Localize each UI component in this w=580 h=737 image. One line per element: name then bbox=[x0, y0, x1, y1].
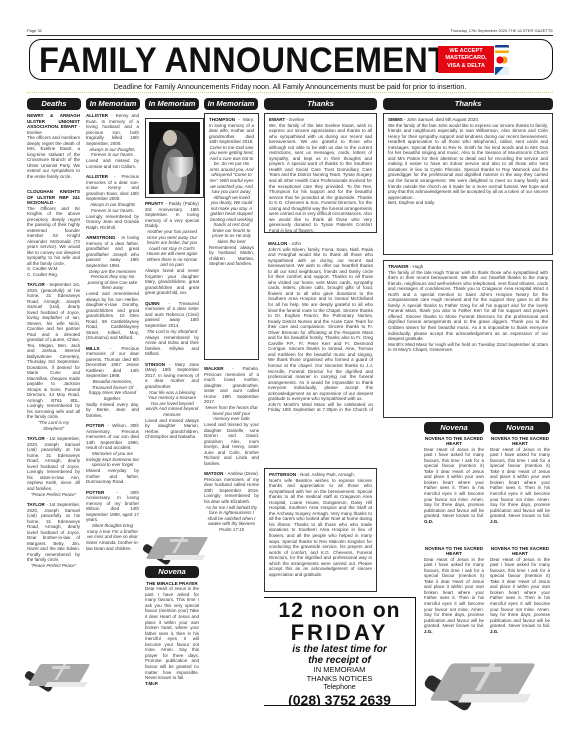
section-header-thanks: Thanks bbox=[264, 98, 377, 110]
section-header-deaths: Deaths bbox=[27, 98, 81, 110]
notice-name: WALKER bbox=[204, 366, 224, 371]
novena-body: Dear Heart of Jesus in the past I have a… bbox=[490, 447, 550, 519]
thanks-box-trainor: TRAINOR - Hugh The family of the late Hu… bbox=[383, 260, 553, 418]
notice-verse: Never from the hearts that loved you Wil… bbox=[204, 405, 259, 422]
notice-body: - Pamela. Precious memories of a much lo… bbox=[204, 366, 259, 404]
notice-name: STINSON bbox=[145, 362, 165, 367]
page-number: Page 32 bbox=[27, 27, 42, 35]
notice-signature: Always loved and never forgotten your da… bbox=[145, 268, 199, 296]
notice-entry: MILLS - Precious memories of our dear pa… bbox=[86, 346, 139, 419]
page-title: FAMILY ANNOUNCEMENTS bbox=[39, 43, 470, 79]
notice-body: - In loving memory of a dear father, gra… bbox=[86, 235, 139, 268]
deaths-column: NEWRY & ARMAGH ULSTER UNIONIST ASSOCIATI… bbox=[27, 113, 80, 713]
payment-badge-line: WE ACCEPT bbox=[438, 48, 494, 56]
notice-signature: Bert, Daphne and Sally. bbox=[388, 200, 548, 206]
notice-suffix: - John bbox=[287, 241, 301, 246]
notice-extra: John's Month's Mind Mass will be celebra… bbox=[268, 402, 373, 414]
notice-verse: Beautiful memories, Treasured forever Of… bbox=[86, 379, 139, 401]
notice-entry: STINSON - Mary Jane (May) 18th September… bbox=[145, 362, 199, 440]
notice-entry: POTTER - 30th Anniversary. In loving mem… bbox=[86, 490, 139, 552]
notice-body: We, the family of the late Eveline Ewart… bbox=[269, 123, 372, 233]
promo-line: is the latest time for bbox=[264, 644, 415, 655]
promo-line: THANKS NOTICES bbox=[264, 675, 415, 684]
notice-verse: Deep are the memories Precious they stay… bbox=[86, 269, 139, 291]
notice-verse: "Peace Perfect Peace" bbox=[27, 492, 80, 498]
page-header-bar: Page 32 Thursday, 17th September 2020-TH… bbox=[27, 27, 553, 36]
notice-name: SIMMS bbox=[388, 117, 403, 122]
notice-suffix: - Eveline bbox=[285, 117, 304, 122]
notice-entry: POTTER - Wilson. 30th Anniversary. Preci… bbox=[86, 423, 139, 485]
notice-body: - 30th Anniversary. In loving memory of … bbox=[86, 490, 139, 523]
notice-suffix: - Hugh bbox=[409, 264, 424, 269]
notice-suffix: - bbox=[53, 200, 56, 205]
notice-verse: Your life was a blessing Your memory a t… bbox=[145, 390, 199, 418]
section-header-novena: Novena bbox=[145, 566, 199, 578]
novena-sacred-heart: NOVENA TO THE SACRED HEART Dear Heart of… bbox=[490, 546, 550, 634]
novena-body: Dear Heart of Jesus in the past I have a… bbox=[424, 447, 484, 519]
bible-icon bbox=[430, 660, 580, 711]
section-header-novena: Novena bbox=[490, 422, 550, 434]
notice-name: ALLISTER bbox=[86, 174, 108, 179]
section-header-thanks: Thanks bbox=[383, 98, 553, 110]
notice-verse: Always in our thoughts. Forever in our h… bbox=[86, 147, 139, 158]
thanks-box-patterson: PATTERSON - Noel, Ashley Park, Armagh. N… bbox=[264, 468, 377, 592]
novena-initials: T.McP. bbox=[145, 681, 199, 687]
thanks-box-ewart: EWART - Eveline We, the family of the la… bbox=[264, 113, 377, 233]
novena-sacred-heart: NOVENA TO THE SACRED HEART Dear Heart of… bbox=[490, 436, 550, 524]
promo-phone: (028) 3752 2639 bbox=[264, 693, 415, 706]
notice-body: The family of the late Hugh Trainor wish… bbox=[388, 270, 548, 342]
memorial-photo bbox=[145, 118, 204, 198]
novena-miracle-prayer: THE MIRACLE PRAYER Dear Heart of Jesus i… bbox=[145, 581, 199, 686]
notice-name: POTTER bbox=[86, 490, 104, 495]
notice-signature: Missed everyday by mother and father, Du… bbox=[86, 468, 139, 485]
notice-body: - September 1st, 2020, (peacefully) at h… bbox=[27, 282, 80, 419]
section-header-novena: Novena bbox=[424, 422, 484, 434]
novena-sacred-heart: NOVENA TO THE SACRED HEART Dear Heart of… bbox=[424, 436, 484, 524]
notice-name: ARMSTRONG bbox=[86, 235, 116, 240]
in-memoriam-column-1: ALLISTER - Kenny and Euan. In memory of … bbox=[86, 113, 139, 653]
novena-body: Dear Heart of Jesus in the past I have a… bbox=[424, 557, 484, 629]
notice-name: TAYLOR bbox=[27, 502, 45, 507]
notice-verse: Memories of you are lovingly kept Someon… bbox=[86, 451, 139, 468]
payment-badge: WE ACCEPT MASTERCARD, VISA & DELTA bbox=[438, 46, 494, 73]
notice-name: POTTER bbox=[86, 423, 104, 428]
notice-name: MALLON bbox=[268, 241, 287, 246]
section-header-in-memoriam: In Memoriam bbox=[204, 98, 258, 110]
notice-verse: "Peace Perfect Peace" bbox=[27, 563, 80, 569]
promo-line: FRIDAY bbox=[264, 622, 415, 644]
in-memoriam-column-3: WALKER - Pamela. Precious memories of a … bbox=[204, 366, 259, 596]
notice-entry: PRUNTY - Paddy (Pabby) 3rd Anniversary, … bbox=[145, 201, 199, 296]
bible-icon bbox=[146, 535, 206, 565]
novena-body: Dear Heart of Jesus in the past I have a… bbox=[490, 557, 550, 629]
thanks-entry-mallon: MALLON - John John's wife Eileen, family… bbox=[264, 238, 377, 414]
section-header-in-memoriam: In Memoriam bbox=[145, 98, 199, 110]
notice-name: EWART bbox=[269, 117, 285, 122]
delta-card-icon bbox=[495, 67, 509, 75]
in-memoriam-column-2: PRUNTY - Paddy (Pabby) 3rd Anniversary, … bbox=[145, 201, 199, 551]
notice-body: - Andrew (Drew). Precious memories of my… bbox=[204, 471, 259, 504]
mastercard-icon bbox=[495, 56, 509, 64]
notice-entry: NEWRY & ARMAGH ULSTER UNIONIST ASSOCIATI… bbox=[27, 113, 80, 179]
notice-name: THOMPSON bbox=[209, 117, 235, 122]
notice-signature: Remembered always by husband Martin, chi… bbox=[209, 245, 254, 267]
notice-body: We the family of the late John would lik… bbox=[388, 123, 548, 201]
notice-name: PRUNTY bbox=[145, 201, 164, 206]
notice-verse: Come to me God saw you were getting tire… bbox=[209, 145, 254, 245]
dateline: Thursday, 17th September 2020-THE ULSTER… bbox=[450, 27, 553, 35]
notice-entry: TAYLOR - 1st September, 2020, Joseph Sam… bbox=[27, 436, 80, 497]
notice-signature: Loved and remembered always by his son H… bbox=[86, 291, 139, 341]
notice-extra: Month's Mind Mass for Hugh will be held … bbox=[388, 342, 548, 353]
notice-name: NEWRY & ARMAGH ULSTER UNIONIST ASSOCIATI… bbox=[27, 113, 80, 129]
memoriam-box-thompson: THOMPSON - Mary. In loving memory of a d… bbox=[204, 113, 259, 360]
notice-entry: WATSON - Andrew (Drew). Precious memorie… bbox=[204, 471, 259, 532]
notice-body: - Precious memories of our dear parents.… bbox=[86, 346, 139, 379]
novena-initials: G.D. bbox=[424, 519, 433, 524]
notice-signature: Loved and missed by your daughter Daniel… bbox=[204, 422, 259, 466]
novena-title: NOVENA TO THE SACRED HEART bbox=[424, 436, 484, 447]
notice-body: - 1st September, 2020, Joseph Samuel (Ua… bbox=[27, 436, 80, 491]
notice-verse: As for me I will behold thy face in righ… bbox=[204, 505, 259, 533]
notice-suffix: - John Samuel, died 6th August 2020. bbox=[403, 117, 479, 122]
notice-name: WATSON bbox=[204, 471, 223, 476]
notice-entry: CLOUGHAN KNIGHTS OF ULSTER RBP 241 McDON… bbox=[27, 189, 80, 277]
visa-card-icon bbox=[495, 45, 509, 53]
notice-name: QUINN bbox=[145, 301, 160, 306]
promo-line: 12 noon on bbox=[264, 600, 415, 622]
novena-initials: J.G. bbox=[424, 629, 433, 634]
payment-badge-line: MASTERCARD, bbox=[438, 55, 494, 63]
notice-name: TAYLOR bbox=[27, 436, 45, 441]
novena-initials: J.G. bbox=[490, 629, 499, 634]
notice-verse: Another year has passed since you went a… bbox=[145, 229, 199, 268]
notice-verse: "The Lord is my Shepherd" bbox=[27, 420, 80, 431]
novena-initials: J.G. bbox=[490, 519, 499, 524]
notice-name: ALLISTER bbox=[86, 113, 108, 118]
notice-signature: Lovingly remembered by Granny Jean and G… bbox=[86, 214, 139, 231]
notice-entry: ALLISTER - Kenny and Euan. In memory of … bbox=[86, 113, 139, 169]
novena-title: NOVENA TO THE SACRED HEART bbox=[490, 546, 550, 557]
notice-body: Noel's wife Beatrice wishes to express s… bbox=[269, 478, 372, 578]
novena-title: NOVENA TO THE SACRED HEART bbox=[490, 436, 550, 447]
notice-entry: ALLISTER - Precious memories of a dear s… bbox=[86, 174, 139, 230]
notice-signature: Always remembered by Annie and Edna and … bbox=[145, 335, 199, 357]
notice-entry: TAYLOR - 1st September, 2020, Joseph Sam… bbox=[27, 502, 80, 569]
novena-sacred-heart: NOVENA TO THE SACRED HEART Dear Heart of… bbox=[424, 546, 484, 634]
notice-signature: Loved and missed by Lorraine and son Cal… bbox=[86, 158, 139, 169]
novena-body: Dear Heart of Jesus in the past I have a… bbox=[145, 586, 199, 680]
notice-body: - Kenny and Euan. In memory of a loving … bbox=[86, 113, 139, 146]
deadline-promo-box: 12 noon on FRIDAY is the latest time for… bbox=[264, 597, 416, 706]
notice-name: TAYLOR bbox=[27, 282, 45, 287]
card-logos bbox=[494, 44, 510, 77]
thanks-box-simms: SIMMS - John Samuel, died 6th August 202… bbox=[383, 113, 553, 255]
section-header-in-memoriam: In Memoriam bbox=[86, 98, 140, 110]
notice-entry: WALKER - Pamela. Precious memories of a … bbox=[204, 366, 259, 466]
notice-entry: ARMSTRONG - In loving memory of a dear f… bbox=[86, 235, 139, 341]
masthead: FAMILY ANNOUNCEMENTS WE ACCEPT MASTERCAR… bbox=[29, 39, 553, 80]
notice-entry: TAYLOR - September 1st, 2020, (peacefull… bbox=[27, 282, 80, 431]
notice-body: The Officers and Sir Knights of the abov… bbox=[27, 206, 80, 267]
notice-signature: C. Coulter Reg. bbox=[27, 272, 80, 278]
notice-name: MILLS bbox=[86, 346, 100, 351]
notice-signature: Sadly missed every day, by Bertie, Jean … bbox=[86, 402, 139, 419]
notice-body: John's wife Eileen, family, Fiona, Sean,… bbox=[268, 247, 373, 402]
notice-verse: Always in our thoughts Forever in our he… bbox=[86, 202, 139, 213]
novena-title: NOVENA TO THE SACRED HEART bbox=[424, 546, 484, 557]
notice-name: PATTERSON bbox=[269, 472, 296, 477]
notice-signature: Loved and missed always by daughter Mari… bbox=[145, 418, 199, 440]
notice-body: The officers and members deeply regret t… bbox=[27, 135, 80, 179]
notice-suffix: - Noel, Ashley Park, Armagh. bbox=[296, 472, 355, 477]
notice-name: TRAINOR bbox=[388, 264, 409, 269]
bible-icon bbox=[28, 662, 88, 692]
notice-signature: Sister Amanda, brother-in-law Dean and c… bbox=[86, 540, 139, 551]
notice-entry: QUINN - Treasured memories of a dear sis… bbox=[145, 301, 199, 357]
notice-body: - 1st September, 2020, Joseph Samuel (Ua… bbox=[27, 502, 80, 562]
deadline-notice: Deadline for Family Announcements Friday… bbox=[27, 82, 553, 93]
notice-verse: Silent thoughts bring many a tear For a … bbox=[86, 523, 139, 540]
payment-badge-line: VISA & DELTA bbox=[438, 63, 494, 71]
notice-verse: The Lord is my Shepherd bbox=[145, 329, 199, 335]
